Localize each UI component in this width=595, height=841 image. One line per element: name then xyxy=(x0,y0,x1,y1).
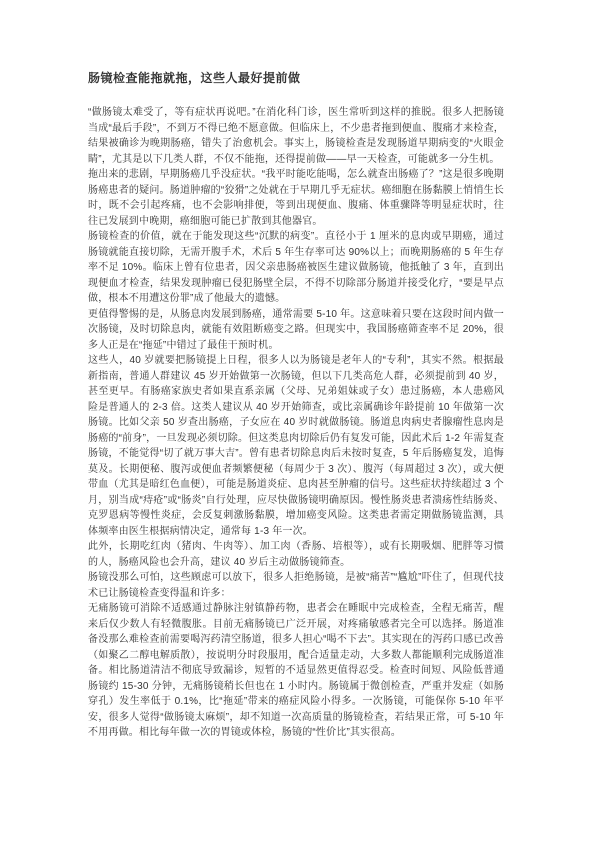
document-body: “做肠镜太难受了，等有症状再说吧。”在消化科门诊，医生常听到这样的推脱。很多人把… xyxy=(88,105,504,741)
document-title: 肠镜检查能拖就拖，这些人最好提前做 xyxy=(88,70,504,86)
paragraph: 这些人，40 岁就要把肠镜提上日程，很多人以为肠镜是老年人的“专利”，其实不然。… xyxy=(88,353,504,539)
paragraph: 此外，长期吃红肉（猪肉、牛肉等）、加工肉（香肠、培根等），或有长期吸烟、肥胖等习… xyxy=(88,539,504,570)
paragraph: 拖出来的悲剧，早期肠癌几乎没症状。“我平时能吃能喝，怎么就查出肠癌了？”这是很多… xyxy=(88,167,504,229)
paragraph: 肠镜没那么可怕，这些顾虑可以放下，很多人拒绝肠镜，是被“痛苦”“尴尬”吓住了，但… xyxy=(88,570,504,601)
document-page: 肠镜检查能拖就拖，这些人最好提前做 “做肠镜太难受了，等有症状再说吧。”在消化科… xyxy=(0,0,595,841)
paragraph: “做肠镜太难受了，等有症状再说吧。”在消化科门诊，医生常听到这样的推脱。很多人把… xyxy=(88,105,504,167)
paragraph: 肠镜检查的价值，就在于能发现这些“沉默的病变”。直径小于 1 厘米的息肉或早期癌… xyxy=(88,229,504,307)
document-content: 肠镜检查能拖就拖，这些人最好提前做 “做肠镜太难受了，等有症状再说吧。”在消化科… xyxy=(88,70,504,741)
paragraph: 无痛肠镜可消除不适感通过静脉注射镇静药物，患者会在睡眠中完成检查，全程无痛苦，醒… xyxy=(88,601,504,741)
paragraph: 更值得警惕的是，从肠息肉发展到肠癌，通常需要 5-10 年。这意味着只要在这段时… xyxy=(88,307,504,354)
